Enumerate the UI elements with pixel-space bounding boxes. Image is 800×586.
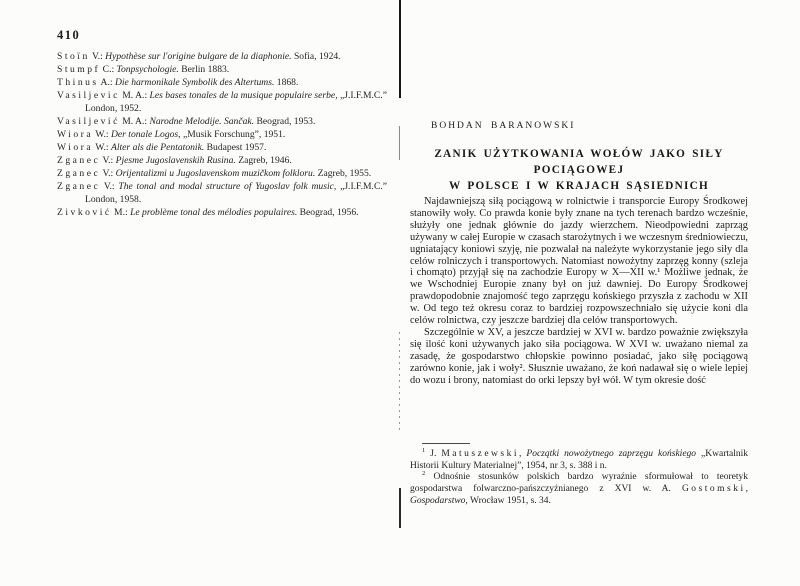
bibliography-entry: Thinus A.: Die harmonikale Symbolik des … [57,76,387,89]
entry-imprint: 1868. [277,77,299,88]
entry-title: Narodne Melodije. Sančak. [149,116,254,127]
article-title-line2: W POLSCE I W KRAJACH SĄSIEDNICH [410,178,748,194]
bibliography-entry: Zganec V.: Orijentalizmi u Jugoslavensko… [57,167,387,180]
bibliography-entry: Zganec V.: Pjesme Jugoslavenskih Rusina.… [57,154,387,167]
entry-title: The tonal and modal structure of Yugosla… [118,181,336,192]
entry-initials: C.: [103,64,114,75]
bibliography-entry: Wiora W.: Der tonale Logos, „Musik Forsc… [57,128,387,141]
page-number: 410 [57,28,80,43]
entry-initials: V.: [104,181,115,192]
entry-title: Die harmonikale Symbolik des Altertums. [115,77,274,88]
entry-author: Wiora [57,129,93,140]
gutter-line-segment [399,488,401,528]
entry-author: Vasiljevic [57,90,120,101]
article-title: ZANIK UŻYTKOWANIA WOŁÓW JAKO SIŁY POCIĄG… [410,146,748,194]
footnote: 1 J. Matuszewski, Początki nowożytnego z… [410,449,748,472]
entry-title: Hypothèse sur l'origine bulgare de la di… [105,51,291,62]
footnote-text: J. [430,449,441,459]
entry-initials: M.: [114,207,128,218]
bibliography-entry: Zivković M.: Le problème tonal des mélod… [57,206,387,219]
footnote-author: Matuszewski [441,449,519,459]
bibliography-entry: Vasiljević M. A.: Narodne Melodije. Sanč… [57,115,387,128]
gutter-line-segment [399,126,400,160]
entry-author: Zganec [57,181,100,192]
entry-title: Le problème tonal des mélodies populaire… [130,207,297,218]
entry-imprint: Budapest 1957. [207,142,267,153]
article-body: Najdawniejszą siłą pociągową w rolnictwi… [410,196,748,387]
paragraph: Najdawniejszą siłą pociągową w rolnictwi… [410,196,748,327]
paragraph: Szczególnie w XV, a jeszcze bardziej w X… [410,327,748,387]
entry-initials: M. A.: [122,90,147,101]
entry-author: Zganec [57,155,100,166]
entry-author: Zganec [57,168,100,179]
footnote-text: Wrocław 1951, s. 34. [468,496,551,506]
footnote-marker: 2 [422,470,425,477]
entry-imprint: Berlin 1883. [181,64,229,75]
entry-initials: V.: [102,168,113,179]
entry-title: Orijentalizmi u Jugoslavenskom muzičkom … [116,168,316,179]
footnote-work-title: Gospodarstwo, [410,496,468,506]
footnote-divider [422,443,470,444]
entry-title: Alter als die Pentatonik. [111,142,204,153]
article-author: BOHDAN BARANOWSKI [431,121,575,131]
entry-imprint: Sofia, 1924. [294,51,341,62]
entry-author: Stoïn [57,51,90,62]
entry-title: Der tonale Logos, [111,129,181,140]
entry-author: Thinus [57,77,99,88]
entry-imprint: Zagreb, 1946. [238,155,292,166]
bibliography-entry: Vasiljevic M. A.: Les bases tonales de l… [57,89,387,115]
scanned-book-spread: 410 Stoïn V.: Hypothèse sur l'origine bu… [0,0,800,586]
entry-title: Tonpsychologie. [117,64,179,75]
entry-title: Pjesme Jugoslavenskih Rusina. [116,155,236,166]
gutter-line-segment [399,332,400,434]
entry-author: Zivković [57,207,112,218]
bibliography-entry: Zganec V.: The tonal and modal structure… [57,180,387,206]
bibliography-entry: Stumpf C.: Tonpsychologie. Berlin 1883. [57,63,387,76]
footnote-marker: 1 [422,447,425,454]
entry-initials: V.: [102,155,113,166]
footnote-work-title: Początki nowożytnego zaprzęgu końskiego [526,449,696,459]
entry-author: Wiora [57,142,93,153]
entry-initials: V.: [92,51,103,62]
entry-imprint: „Musik Forschung”, 1951. [183,129,285,140]
footnote-text: , [746,484,748,494]
footnote-author: Gostomski [682,484,746,494]
entry-imprint: Beograd, 1956. [300,207,359,218]
entry-initials: W.: [95,142,108,153]
bibliography-entry: Stoïn V.: Hypothèse sur l'origine bulgar… [57,50,387,63]
entry-initials: W.: [95,129,108,140]
article-title-line1: ZANIK UŻYTKOWANIA WOŁÓW JAKO SIŁY POCIĄG… [410,146,748,178]
entry-author: Vasiljević [57,116,120,127]
entry-author: Stumpf [57,64,100,75]
entry-initials: A.: [101,77,113,88]
gutter-line-segment [399,0,401,98]
entry-imprint: Beograd, 1953. [256,116,315,127]
entry-initials: M. A.: [122,116,147,127]
bibliography-list: Stoïn V.: Hypothèse sur l'origine bulgar… [57,50,387,219]
footnote: 2 Odnośnie stosunków polskich bardzo wyr… [410,472,748,507]
entry-title: Les bases tonales de la musique populair… [150,90,338,101]
footnotes: 1 J. Matuszewski, Początki nowożytnego z… [410,449,748,508]
entry-imprint: Zagreb, 1955. [318,168,372,179]
bibliography-entry: Wiora W.: Alter als die Pentatonik. Buda… [57,141,387,154]
